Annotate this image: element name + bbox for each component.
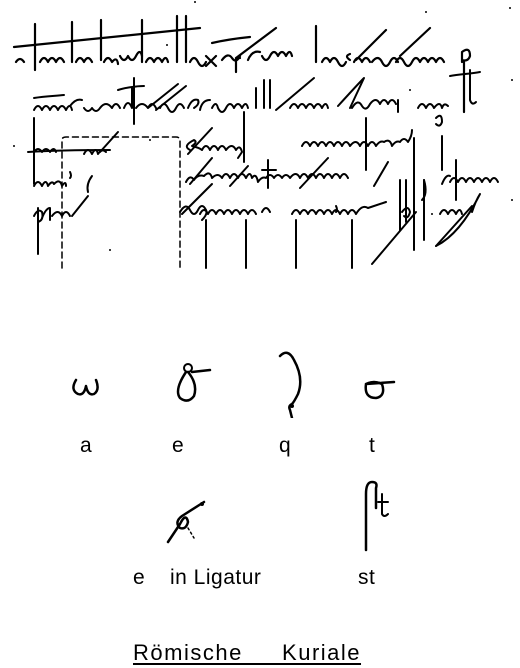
manuscript-line-1 — [14, 16, 470, 112]
manuscript-facsimile — [0, 0, 520, 280]
label-st: st — [358, 567, 375, 588]
label-t: t — [369, 435, 375, 456]
letter-st-glyph — [360, 476, 392, 556]
label-e: e — [172, 435, 184, 456]
letter-t-glyph — [360, 374, 400, 404]
letter-q-glyph — [272, 348, 308, 418]
manuscript-line-2 — [34, 70, 480, 126]
letter-e-ligature-glyph — [166, 496, 210, 550]
label-in-ligatur: in Ligatur — [170, 567, 261, 588]
manuscript-line-4 — [34, 158, 498, 246]
figure-caption: Römische Kuriale — [133, 640, 361, 666]
label-e-ligature: e — [133, 567, 145, 588]
label-a: a — [80, 435, 92, 456]
letter-e-glyph — [172, 360, 212, 406]
letter-a-glyph — [70, 368, 106, 402]
label-q: q — [279, 435, 291, 456]
excised-region-outline — [62, 137, 180, 268]
